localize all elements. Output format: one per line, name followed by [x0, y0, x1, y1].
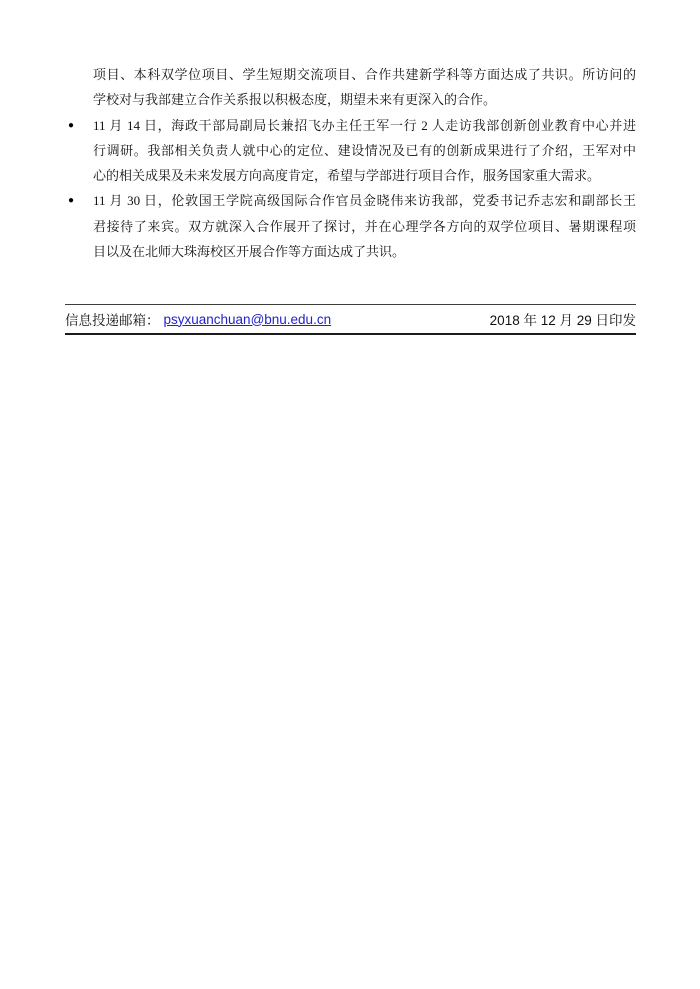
footer-email-link[interactable]: psyxuanchuan@bnu.edu.cn — [164, 312, 332, 327]
bullet-item: ● 11 月 30 日，伦敦国王学院高级国际合作官员金晓伟来访我部，党委书记乔志… — [65, 188, 636, 264]
body-line: 目以及在北师大珠海校区开展合作等方面达成了共识。 — [93, 239, 636, 264]
body-line: 君接待了来宾。双方就深入合作展开了探讨，并在心理学各方向的双学位项目、暑期课程项 — [93, 214, 636, 239]
bullet-list: ● 11 月 14 日，海政干部局副局长兼招飞办主任王军一行 2 人走访我部创新… — [65, 113, 636, 265]
footer-print-date: 2018 年 12 月 29 日印发 — [490, 309, 636, 329]
document-page: 项目、本科双学位项目、学生短期交流项目、合作共建新学科等方面达成了共识。所访问的… — [0, 0, 700, 989]
footer-email-label: 信息投递邮箱： — [65, 309, 160, 329]
body-line: 心的相关成果及未来发展方向高度肯定，希望与学部进行项目合作，服务国家重大需求。 — [93, 163, 636, 188]
body-line: 11 月 30 日，伦敦国王学院高级国际合作官员金晓伟来访我部，党委书记乔志宏和… — [93, 188, 636, 213]
footer-divider-bottom — [65, 333, 636, 335]
body-line: 学校对与我部建立合作关系报以积极态度，期望未来有更深入的合作。 — [93, 87, 636, 112]
footer: 信息投递邮箱： psyxuanchuan@bnu.edu.cn 2018 年 1… — [65, 304, 636, 335]
body-line: 11 月 14 日，海政干部局副局长兼招飞办主任王军一行 2 人走访我部创新创业… — [93, 113, 636, 138]
body-line: 行调研。我部相关负责人就中心的定位、建设情况及已有的创新成果进行了介绍，王军对中 — [93, 138, 636, 163]
continuation-paragraph: 项目、本科双学位项目、学生短期交流项目、合作共建新学科等方面达成了共识。所访问的… — [93, 62, 636, 113]
body-line: 项目、本科双学位项目、学生短期交流项目、合作共建新学科等方面达成了共识。所访问的 — [93, 62, 636, 87]
bullet-marker-icon: ● — [68, 188, 74, 213]
bullet-marker-icon: ● — [68, 113, 74, 138]
bullet-item: ● 11 月 14 日，海政干部局副局长兼招飞办主任王军一行 2 人走访我部创新… — [65, 113, 636, 189]
footer-row: 信息投递邮箱： psyxuanchuan@bnu.edu.cn 2018 年 1… — [65, 305, 636, 333]
document-body: 项目、本科双学位项目、学生短期交流项目、合作共建新学科等方面达成了共识。所访问的… — [65, 62, 636, 264]
